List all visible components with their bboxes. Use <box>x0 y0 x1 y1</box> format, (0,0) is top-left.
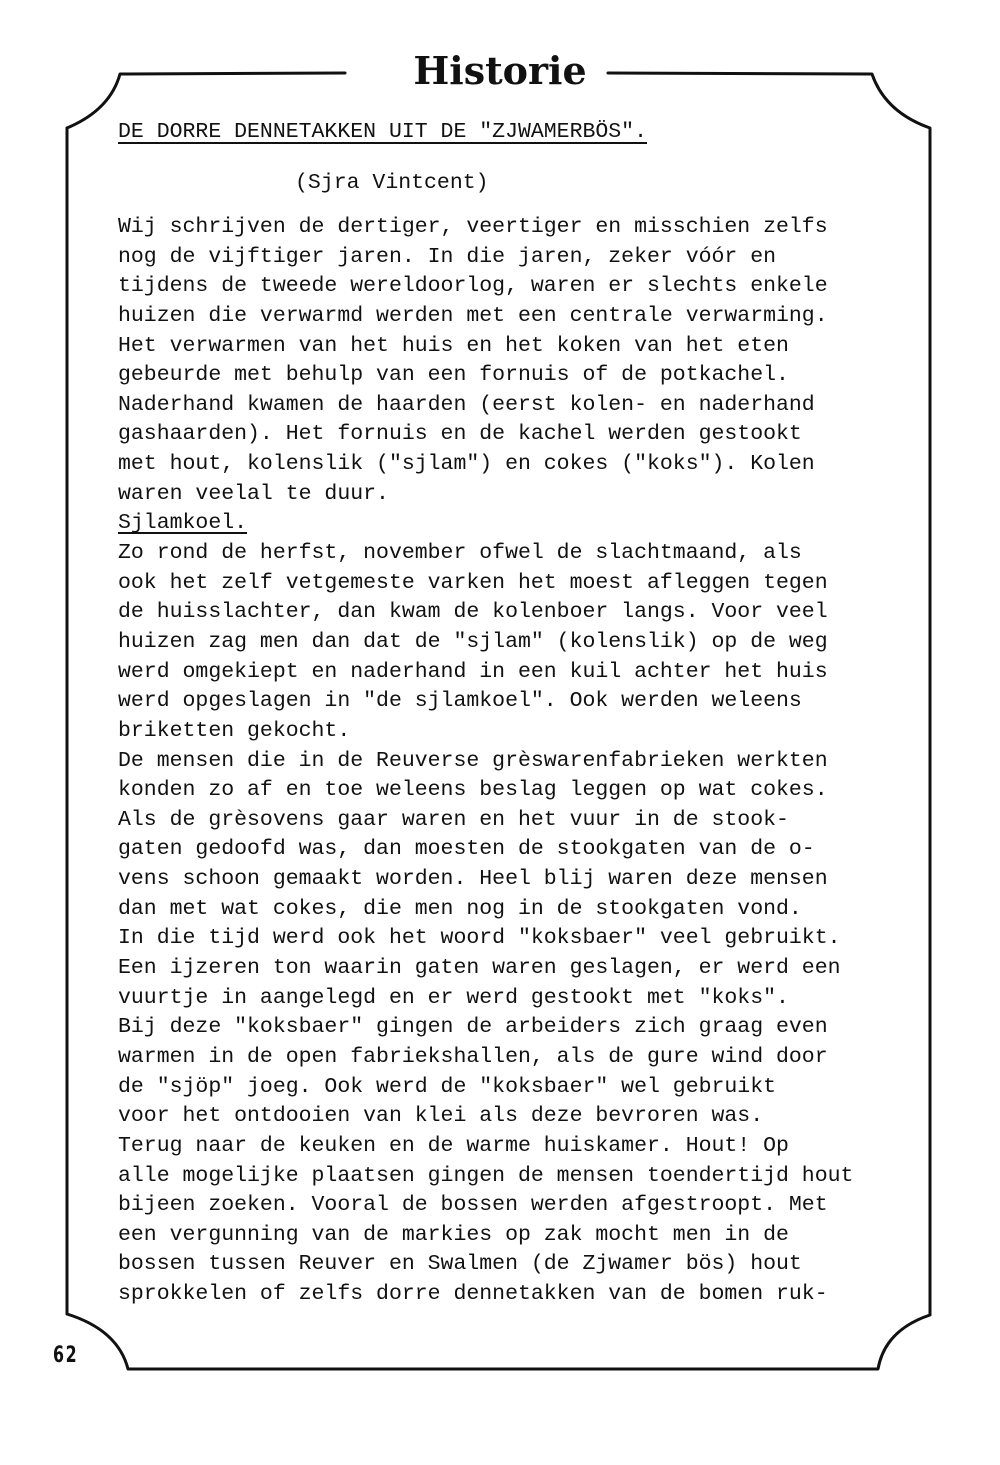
text-line: gashaarden). Het fornuis en de kachel we… <box>118 420 938 450</box>
text-line: Terug naar de keuken en de warme huiskam… <box>118 1132 938 1162</box>
text-line: bossen tussen Reuver en Swalmen (de Zjwa… <box>118 1250 938 1280</box>
text-line: een vergunning van de markies op zak moc… <box>118 1221 938 1251</box>
text-line: Het verwarmen van het huis en het koken … <box>118 332 938 362</box>
text-line: gaten gedoofd was, dan moesten de stookg… <box>118 835 938 865</box>
article-author: (Sjra Vintcent) <box>295 171 489 195</box>
text-line: waren veelal te duur. <box>118 480 938 510</box>
text-line: Als de grèsovens gaar waren en het vuur … <box>118 806 938 836</box>
text-line: warmen in de open fabriekshallen, als de… <box>118 1043 938 1073</box>
text-line: De mensen die in de Reuverse grèswarenfa… <box>118 747 938 777</box>
text-line: Wij schrijven de dertiger, veertiger en … <box>118 213 938 243</box>
text-line: vens schoon gemaakt worden. Heel blij wa… <box>118 865 938 895</box>
article-headline: DE DORRE DENNETAKKEN UIT DE "ZJWAMERBÖS"… <box>118 120 647 146</box>
text-line: alle mogelijke plaatsen gingen de mensen… <box>118 1162 938 1192</box>
text-line: konden zo af en toe weleens beslag legge… <box>118 776 938 806</box>
text-line: Bij deze "koksbaer" gingen de arbeiders … <box>118 1013 938 1043</box>
text-line: vuurtje in aangelegd en er werd gestookt… <box>118 984 938 1014</box>
section-title: Historie <box>0 52 1000 90</box>
text-line: ook het zelf vetgemeste varken het moest… <box>118 569 938 599</box>
text-line: bijeen zoeken. Vooral de bossen werden a… <box>118 1191 938 1221</box>
text-line: met hout, kolenslik ("sjlam") en cokes (… <box>118 450 938 480</box>
text-line: werd omgekiept en naderhand in een kuil … <box>118 658 938 688</box>
text-line: Zo rond de herfst, november ofwel de sla… <box>118 539 938 569</box>
article-body: Wij schrijven de dertiger, veertiger en … <box>118 213 938 1310</box>
section-title-text: Historie <box>405 48 594 93</box>
text-line: tijdens de tweede wereldoorlog, waren er… <box>118 272 938 302</box>
text-line: In die tijd werd ook het woord "koksbaer… <box>118 924 938 954</box>
text-line: nog de vijftiger jaren. In die jaren, ze… <box>118 243 938 273</box>
text-line: de huisslachter, dan kwam de kolenboer l… <box>118 598 938 628</box>
text-line: Naderhand kwamen de haarden (eerst kolen… <box>118 391 938 421</box>
page-number: 62 <box>53 1343 78 1368</box>
text-line: werd opgeslagen in "de sjlamkoel". Ook w… <box>118 687 938 717</box>
text-line: de "sjöp" joeg. Ook werd de "koksbaer" w… <box>118 1073 938 1103</box>
text-line: Een ijzeren ton waarin gaten waren gesla… <box>118 954 938 984</box>
subheading: Sjlamkoel. <box>118 509 938 539</box>
text-line: dan met wat cokes, die men nog in de sto… <box>118 895 938 925</box>
text-line: voor het ontdooien van klei als deze bev… <box>118 1102 938 1132</box>
text-line: huizen die verwarmd werden met een centr… <box>118 302 938 332</box>
text-line: gebeurde met behulp van een fornuis of d… <box>118 361 938 391</box>
text-line: huizen zag men dan dat de "sjlam" (kolen… <box>118 628 938 658</box>
text-line: briketten gekocht. <box>118 717 938 747</box>
text-line: sprokkelen of zelfs dorre dennetakken va… <box>118 1280 938 1310</box>
